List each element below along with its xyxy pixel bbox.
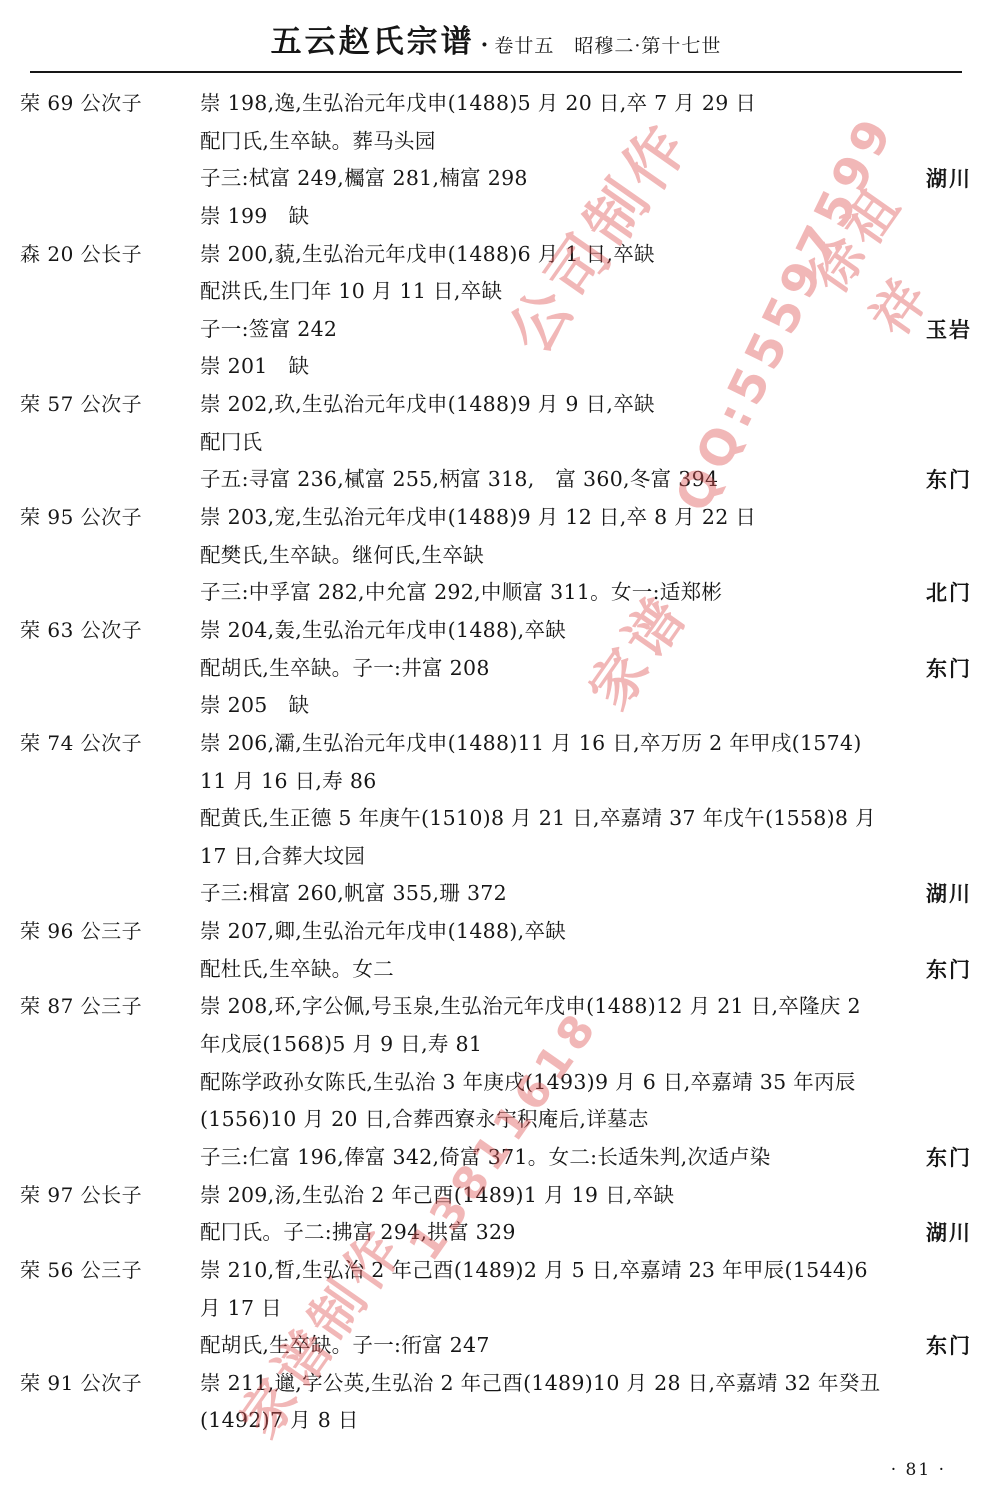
genealogy-row: 配冂氏。子二:拂富 294,拱富 329湖川 <box>0 1214 992 1252</box>
genealogy-row: 子三:楫富 260,帆富 355,珊 372湖川 <box>0 875 992 913</box>
genealogy-row: 子三:栻富 249,欘富 281,楠富 298湖川 <box>0 160 992 198</box>
ancestor-label: 森 20 公长子 <box>0 236 200 274</box>
branch-label: 玉岩 <box>926 311 972 349</box>
entry-text: (1556)10 月 20 日,合葬西寮永宁积庵后,详墓志 <box>200 1101 992 1139</box>
entry-text: 子三:仁富 196,俸富 342,倚富 371。女二:长适朱判,次适卢染 <box>200 1139 992 1177</box>
branch-label: 湖川 <box>926 875 972 913</box>
entry-text: 配洪氏,生冂年 10 月 11 日,卒缺 <box>200 273 992 311</box>
entry-text: 配冂氏,生卒缺。葬马头园 <box>200 123 992 161</box>
entry-text: 崇 203,宠,生弘治元年戊申(1488)9 月 12 日,卒 8 月 22 日 <box>200 499 992 537</box>
entry-text: 配陈学政孙女陈氏,生弘治 3 年庚戌(1493)9 月 6 日,卒嘉靖 35 年… <box>200 1064 992 1102</box>
genealogy-row: 子三:仁富 196,俸富 342,倚富 371。女二:长适朱判,次适卢染东门 <box>0 1139 992 1177</box>
entry-text: 崇 205 缺 <box>200 687 992 725</box>
entry-text: 配冂氏 <box>200 424 992 462</box>
branch-label: 北门 <box>926 574 972 612</box>
entry-text: 崇 198,逸,生弘治元年戊申(1488)5 月 20 日,卒 7 月 29 日 <box>200 85 992 123</box>
genealogy-row: 森 20 公长子崇 200,藐,生弘治元年戊申(1488)6 月 1 日,卒缺 <box>0 236 992 274</box>
ancestor-label: 荣 63 公次子 <box>0 612 200 650</box>
genealogy-row: 荣 91 公次子崇 211,邋,字公英,生弘治 2 年己酉(1489)10 月 … <box>0 1365 992 1403</box>
entry-text: 崇 208,环,字公佩,号玉泉,生弘治元年戊申(1488)12 月 21 日,卒… <box>200 988 992 1026</box>
genealogy-row: 崇 201 缺 <box>0 348 992 386</box>
entry-text: 配胡氏,生卒缺。子一:井富 208 <box>200 650 992 688</box>
genealogy-row: 荣 69 公次子崇 198,逸,生弘治元年戊申(1488)5 月 20 日,卒 … <box>0 85 992 123</box>
page-number: · 81 · <box>891 1460 946 1480</box>
entry-text: 崇 204,轰,生弘治元年戊申(1488),卒缺 <box>200 612 992 650</box>
genealogy-page: 五云赵氏宗谱·卷廿五 昭穆二·第十七世 荣 69 公次子崇 198,逸,生弘治元… <box>0 0 992 1512</box>
genealogy-row: 配杜氏,生卒缺。女二东门 <box>0 951 992 989</box>
entry-text: 子三:栻富 249,欘富 281,楠富 298 <box>200 160 992 198</box>
ancestor-label: 荣 95 公次子 <box>0 499 200 537</box>
entry-text: 配冂氏。子二:拂富 294,拱富 329 <box>200 1214 992 1252</box>
genealogy-lines: 荣 69 公次子崇 198,逸,生弘治元年戊申(1488)5 月 20 日,卒 … <box>0 85 992 1440</box>
genealogy-row: 配洪氏,生冂年 10 月 11 日,卒缺 <box>0 273 992 311</box>
genealogy-row: 荣 95 公次子崇 203,宠,生弘治元年戊申(1488)9 月 12 日,卒 … <box>0 499 992 537</box>
genealogy-row: 子三:中孚富 282,中允富 292,中顺富 311。女一:适郑彬北门 <box>0 574 992 612</box>
ancestor-label <box>0 1327 200 1365</box>
genealogy-row: 子五:寻富 236,樲富 255,柄富 318, 富 360,冬富 394东门 <box>0 461 992 499</box>
ancestor-label <box>0 424 200 462</box>
ancestor-label <box>0 348 200 386</box>
page-title: 五云赵氏宗谱 <box>271 24 475 60</box>
ancestor-label <box>0 687 200 725</box>
branch-label: 东门 <box>926 1327 972 1365</box>
entry-text: 子五:寻富 236,樲富 255,柄富 318, 富 360,冬富 394 <box>200 461 992 499</box>
genealogy-row: 崇 205 缺 <box>0 687 992 725</box>
genealogy-row: 年戊辰(1568)5 月 9 日,寿 81 <box>0 1026 992 1064</box>
genealogy-row: 配黄氏,生正德 5 年庚午(1510)8 月 21 日,卒嘉靖 37 年戊午(1… <box>0 800 992 838</box>
ancestor-label <box>0 1101 200 1139</box>
ancestor-label <box>0 1064 200 1102</box>
ancestor-label: 荣 69 公次子 <box>0 85 200 123</box>
ancestor-label <box>0 273 200 311</box>
genealogy-row: 配陈学政孙女陈氏,生弘治 3 年庚戌(1493)9 月 6 日,卒嘉靖 35 年… <box>0 1064 992 1102</box>
entry-text: 配樊氏,生卒缺。继何氏,生卒缺 <box>200 537 992 575</box>
entry-text: 配杜氏,生卒缺。女二 <box>200 951 992 989</box>
entry-text: 崇 200,藐,生弘治元年戊申(1488)6 月 1 日,卒缺 <box>200 236 992 274</box>
ancestor-label <box>0 160 200 198</box>
genealogy-row: 崇 199 缺 <box>0 198 992 236</box>
ancestor-label: 荣 96 公三子 <box>0 913 200 951</box>
branch-label: 东门 <box>926 461 972 499</box>
genealogy-row: 荣 63 公次子崇 204,轰,生弘治元年戊申(1488),卒缺 <box>0 612 992 650</box>
ancestor-label: 荣 57 公次子 <box>0 386 200 424</box>
ancestor-label <box>0 1026 200 1064</box>
entry-text: 崇 210,晳,生弘治 2 年己酉(1489)2 月 5 日,卒嘉靖 23 年甲… <box>200 1252 992 1290</box>
entry-text: 崇 209,汤,生弘治 2 年己酉(1489)1 月 19 日,卒缺 <box>200 1177 992 1215</box>
ancestor-label <box>0 574 200 612</box>
ancestor-label <box>0 875 200 913</box>
genealogy-row: 荣 57 公次子崇 202,玖,生弘治元年戊申(1488)9 月 9 日,卒缺 <box>0 386 992 424</box>
title-separator-dot: · <box>481 32 489 58</box>
branch-label: 东门 <box>926 650 972 688</box>
ancestor-label: 荣 74 公次子 <box>0 725 200 763</box>
ancestor-label <box>0 537 200 575</box>
page-subtitle: 卷廿五 昭穆二·第十七世 <box>494 35 721 57</box>
branch-label: 湖川 <box>926 160 972 198</box>
ancestor-label <box>0 1214 200 1252</box>
genealogy-row: 荣 96 公三子崇 207,卿,生弘治元年戊申(1488),卒缺 <box>0 913 992 951</box>
entry-text: 配胡氏,生卒缺。子一:衎富 247 <box>200 1327 992 1365</box>
ancestor-label <box>0 123 200 161</box>
ancestor-label <box>0 198 200 236</box>
genealogy-row: 荣 97 公长子崇 209,汤,生弘治 2 年己酉(1489)1 月 19 日,… <box>0 1177 992 1215</box>
entry-text: 崇 199 缺 <box>200 198 992 236</box>
genealogy-row: 配冂氏,生卒缺。葬马头园 <box>0 123 992 161</box>
header-divider <box>30 71 962 73</box>
genealogy-row: 子一:签富 242玉岩 <box>0 311 992 349</box>
entry-text: 17 日,合葬大坟园 <box>200 838 992 876</box>
ancestor-label: 荣 91 公次子 <box>0 1365 200 1403</box>
genealogy-row: 月 17 日 <box>0 1290 992 1328</box>
genealogy-row: 荣 56 公三子崇 210,晳,生弘治 2 年己酉(1489)2 月 5 日,卒… <box>0 1252 992 1290</box>
ancestor-label: 荣 56 公三子 <box>0 1252 200 1290</box>
ancestor-label <box>0 650 200 688</box>
entry-text: 月 17 日 <box>200 1290 992 1328</box>
genealogy-row: (1492)7 月 8 日 <box>0 1402 992 1440</box>
genealogy-row: (1556)10 月 20 日,合葬西寮永宁积庵后,详墓志 <box>0 1101 992 1139</box>
page-header: 五云赵氏宗谱·卷廿五 昭穆二·第十七世 <box>0 0 992 61</box>
ancestor-label <box>0 1402 200 1440</box>
entry-text: 年戊辰(1568)5 月 9 日,寿 81 <box>200 1026 992 1064</box>
entry-text: 11 月 16 日,寿 86 <box>200 763 992 801</box>
ancestor-label: 荣 97 公长子 <box>0 1177 200 1215</box>
branch-label: 东门 <box>926 951 972 989</box>
entry-text: 子三:中孚富 282,中允富 292,中顺富 311。女一:适郑彬 <box>200 574 992 612</box>
genealogy-row: 配冂氏 <box>0 424 992 462</box>
entry-text: 子一:签富 242 <box>200 311 992 349</box>
genealogy-row: 荣 87 公三子崇 208,环,字公佩,号玉泉,生弘治元年戊申(1488)12 … <box>0 988 992 1026</box>
entry-text: 崇 206,灞,生弘治元年戊申(1488)11 月 16 日,卒万历 2 年甲戌… <box>200 725 992 763</box>
entry-text: 子三:楫富 260,帆富 355,珊 372 <box>200 875 992 913</box>
genealogy-row: 配樊氏,生卒缺。继何氏,生卒缺 <box>0 537 992 575</box>
ancestor-label <box>0 1290 200 1328</box>
entry-text: 配黄氏,生正德 5 年庚午(1510)8 月 21 日,卒嘉靖 37 年戊午(1… <box>200 800 992 838</box>
ancestor-label: 荣 87 公三子 <box>0 988 200 1026</box>
entry-text: 崇 211,邋,字公英,生弘治 2 年己酉(1489)10 月 28 日,卒嘉靖… <box>200 1365 992 1403</box>
entry-text: 崇 201 缺 <box>200 348 992 386</box>
genealogy-row: 17 日,合葬大坟园 <box>0 838 992 876</box>
branch-label: 湖川 <box>926 1214 972 1252</box>
ancestor-label <box>0 838 200 876</box>
ancestor-label <box>0 311 200 349</box>
genealogy-row: 11 月 16 日,寿 86 <box>0 763 992 801</box>
ancestor-label <box>0 461 200 499</box>
entry-text: (1492)7 月 8 日 <box>200 1402 992 1440</box>
ancestor-label <box>0 951 200 989</box>
entry-text: 崇 202,玖,生弘治元年戊申(1488)9 月 9 日,卒缺 <box>200 386 992 424</box>
ancestor-label <box>0 763 200 801</box>
genealogy-row: 荣 74 公次子崇 206,灞,生弘治元年戊申(1488)11 月 16 日,卒… <box>0 725 992 763</box>
ancestor-label <box>0 800 200 838</box>
branch-label: 东门 <box>926 1139 972 1177</box>
ancestor-label <box>0 1139 200 1177</box>
genealogy-row: 配胡氏,生卒缺。子一:井富 208东门 <box>0 650 992 688</box>
genealogy-row: 配胡氏,生卒缺。子一:衎富 247东门 <box>0 1327 992 1365</box>
entry-text: 崇 207,卿,生弘治元年戊申(1488),卒缺 <box>200 913 992 951</box>
